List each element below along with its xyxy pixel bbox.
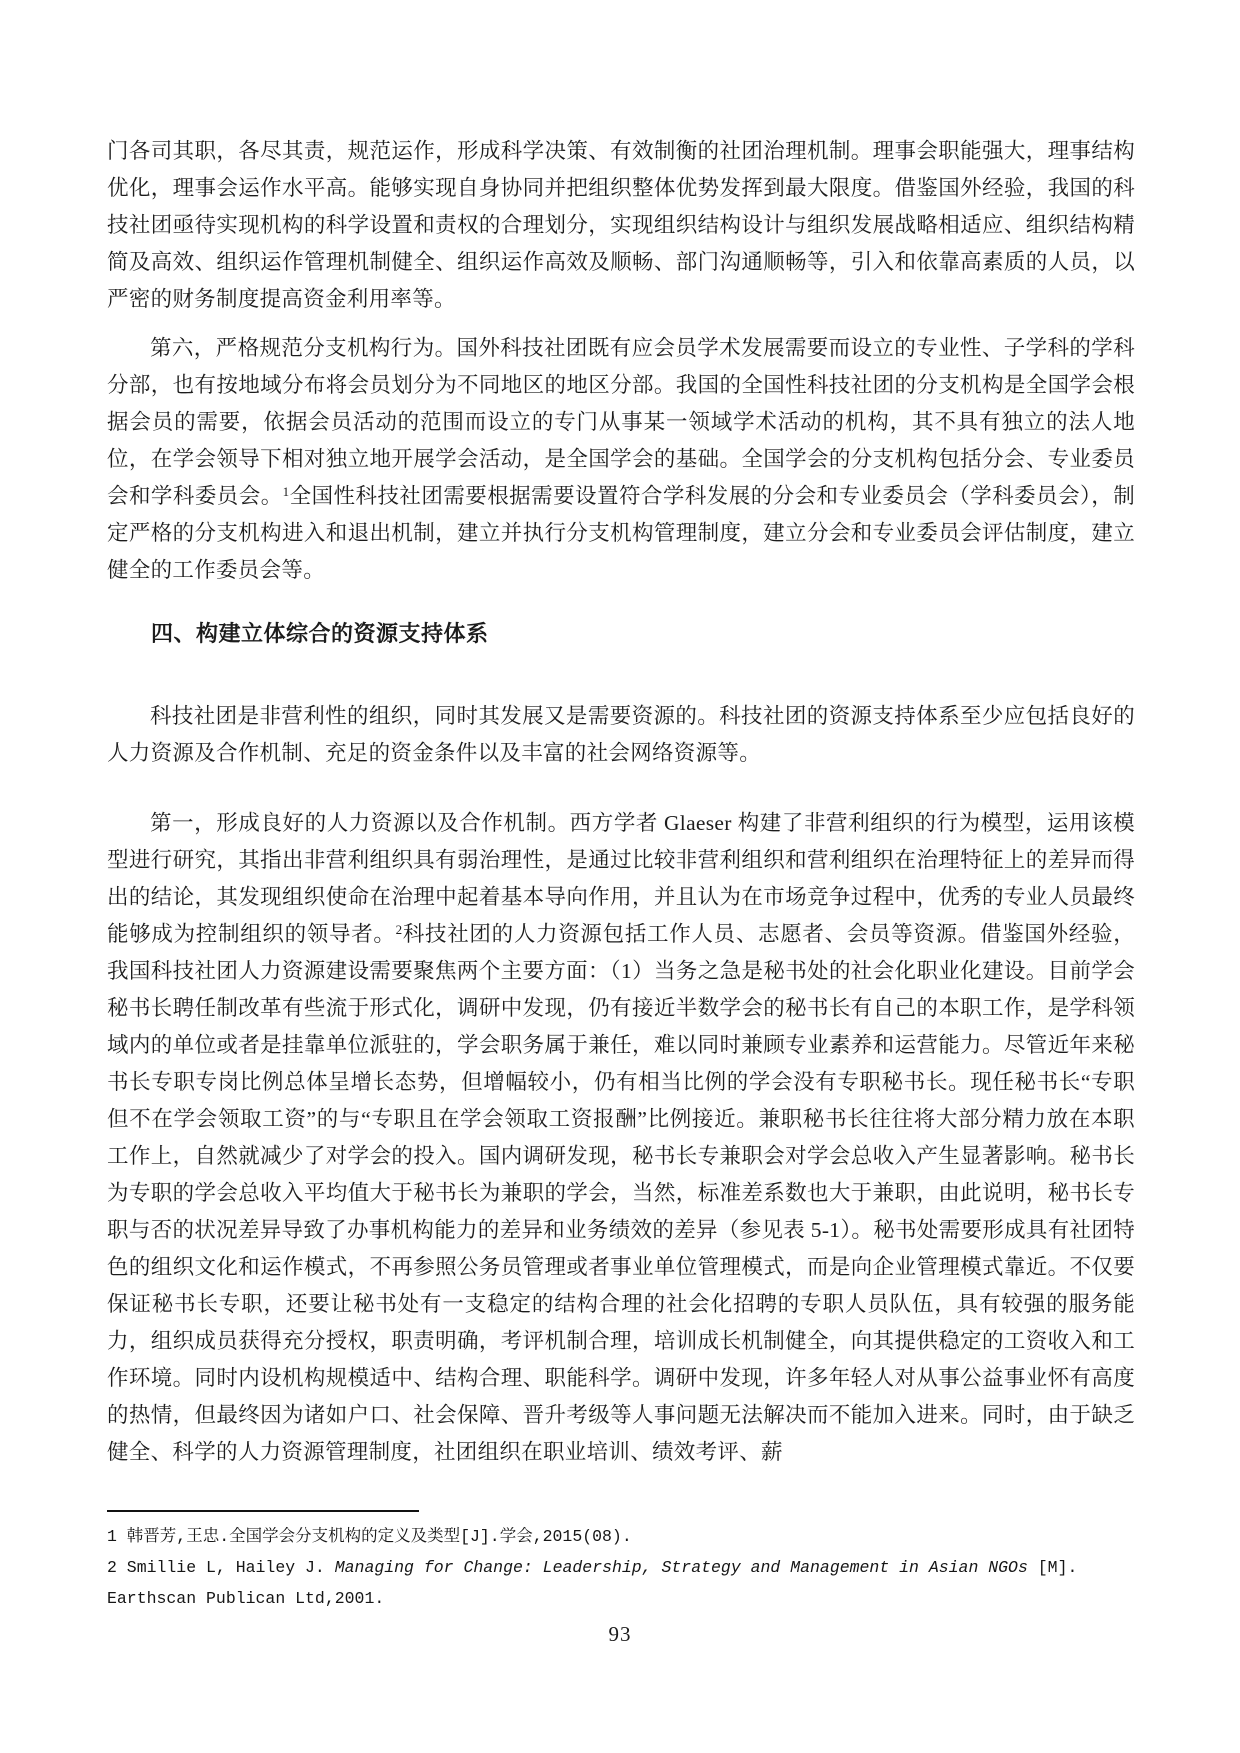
paragraph-sixth-point: 第六，严格规范分支机构行为。国外科技社团既有应会员学术发展需要而设立的专业性、子… [107, 330, 1135, 589]
paragraph-first-point: 第一，形成良好的人力资源以及合作机制。西方学者 Glaeser 构建了非营利组织… [107, 805, 1135, 1471]
footnote-text: 2 Smillie L, Hailey J. [107, 1558, 335, 1577]
page-number: 93 [0, 1622, 1240, 1647]
section-heading: 四、构建立体综合的资源支持体系 [107, 615, 1135, 652]
document-page: 门各司其职，各尽其责，规范运作，形成科学决策、有效制衡的社团治理机制。理事会职能… [0, 0, 1240, 1753]
paragraph-continuation: 门各司其职，各尽其责，规范运作，形成科学决策、有效制衡的社团治理机制。理事会职能… [107, 133, 1135, 318]
footnote-2: 2 Smillie L, Hailey J. Managing for Chan… [107, 1552, 1135, 1614]
footnote-separator [107, 1510, 419, 1512]
paragraph-text: 科技社团的人力资源包括工作人员、志愿者、会员等资源。借鉴国外经验，我国科技社团人… [107, 922, 1135, 1464]
paragraph-intro: 科技社团是非营利性的组织，同时其发展又是需要资源的。科技社团的资源支持体系至少应… [107, 698, 1135, 772]
footnote-section: 1 韩晋芳,王忠.全国学会分支机构的定义及类型[J].学会,2015(08). … [107, 1510, 1135, 1614]
paragraph-text: 第六，严格规范分支机构行为。国外科技社团既有应会员学术发展需要而设立的专业性、子… [107, 336, 1135, 508]
footnote-1: 1 韩晋芳,王忠.全国学会分支机构的定义及类型[J].学会,2015(08). [107, 1521, 1135, 1552]
footnote-book-title: Managing for Change: Leadership, Strateg… [335, 1558, 1028, 1577]
body-text: 门各司其职，各尽其责，规范运作，形成科学决策、有效制衡的社团治理机制。理事会职能… [107, 133, 1135, 1471]
